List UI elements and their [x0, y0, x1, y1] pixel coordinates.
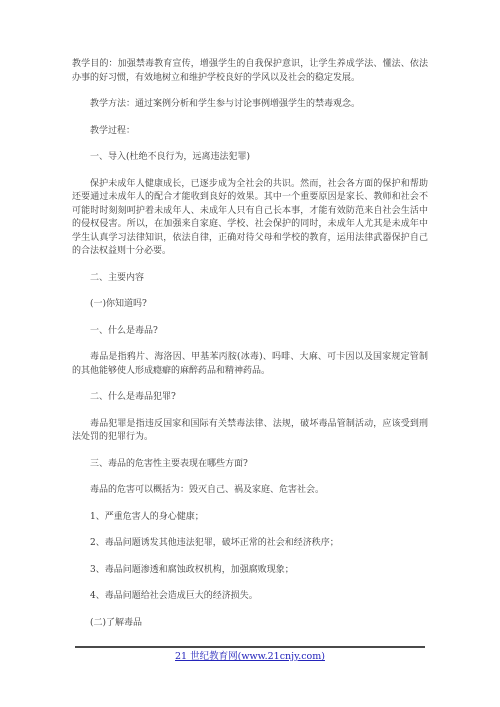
paragraph: (二)了解毒品	[72, 617, 428, 631]
page-footer: 21 世纪教育网(www.21cnjy.com)	[75, 646, 425, 663]
paragraph: 教学目的：加强禁毒教育宣传，增强学生的自我保护意识，让学生养成学法、懂法、依法办…	[72, 58, 428, 85]
paragraph: 教学方法：通过案例分析和学生参与讨论事例增强学生的禁毒观念。	[72, 98, 428, 112]
paragraph: 二、主要内容	[72, 272, 428, 286]
paragraph: 二、什么是毒品犯罪?	[72, 391, 428, 405]
paragraph: 3、毒品问题渗透和腐蚀政权机构，加强腐败现象；	[72, 564, 428, 578]
footer-site-link[interactable]: 21 世纪教育网(www.21cnjy.com)	[75, 651, 425, 663]
paragraph: 毒品犯罪是指违反国家和国际有关禁毒法律、法规，破坏毒品管制活动，应该受到刑法处罚…	[72, 418, 428, 445]
document-body: 教学目的：加强禁毒教育宣传，增强学生的自我保护意识，让学生养成学法、懂法、依法办…	[72, 58, 428, 643]
paragraph: 一、什么是毒品?	[72, 325, 428, 339]
paragraph: 1、严重危害人的身心健康；	[72, 511, 428, 525]
paragraph: 三、毒品的危害性主要表现在哪些方面?	[72, 458, 428, 472]
footer-divider-line	[75, 646, 425, 648]
document-page: 教学目的：加强禁毒教育宣传，增强学生的自我保护意识，让学生养成学法、懂法、依法办…	[0, 0, 500, 707]
paragraph: 毒品是指鸦片、海洛因、甲基苯丙胺(冰毒)、吗啡、大麻、可卡因以及国家规定管制的其…	[72, 351, 428, 378]
paragraph: 2、毒品问题诱发其他违法犯罪，破坏正常的社会和经济秩序；	[72, 537, 428, 551]
paragraph: 毒品的危害可以概括为：毁灭自己、祸及家庭、危害社会。	[72, 484, 428, 498]
paragraph: 一、导入(杜绝不良行为，远离违法犯罪)	[72, 151, 428, 165]
paragraph: 教学过程：	[72, 125, 428, 139]
paragraph: 保护未成年人健康成长，已逐步成为全社会的共识。然而，社会各方面的保护和帮助还要通…	[72, 178, 428, 259]
paragraph: 4、毒品问题给社会造成巨大的经济损失。	[72, 590, 428, 604]
paragraph: (一)你知道吗?	[72, 298, 428, 312]
